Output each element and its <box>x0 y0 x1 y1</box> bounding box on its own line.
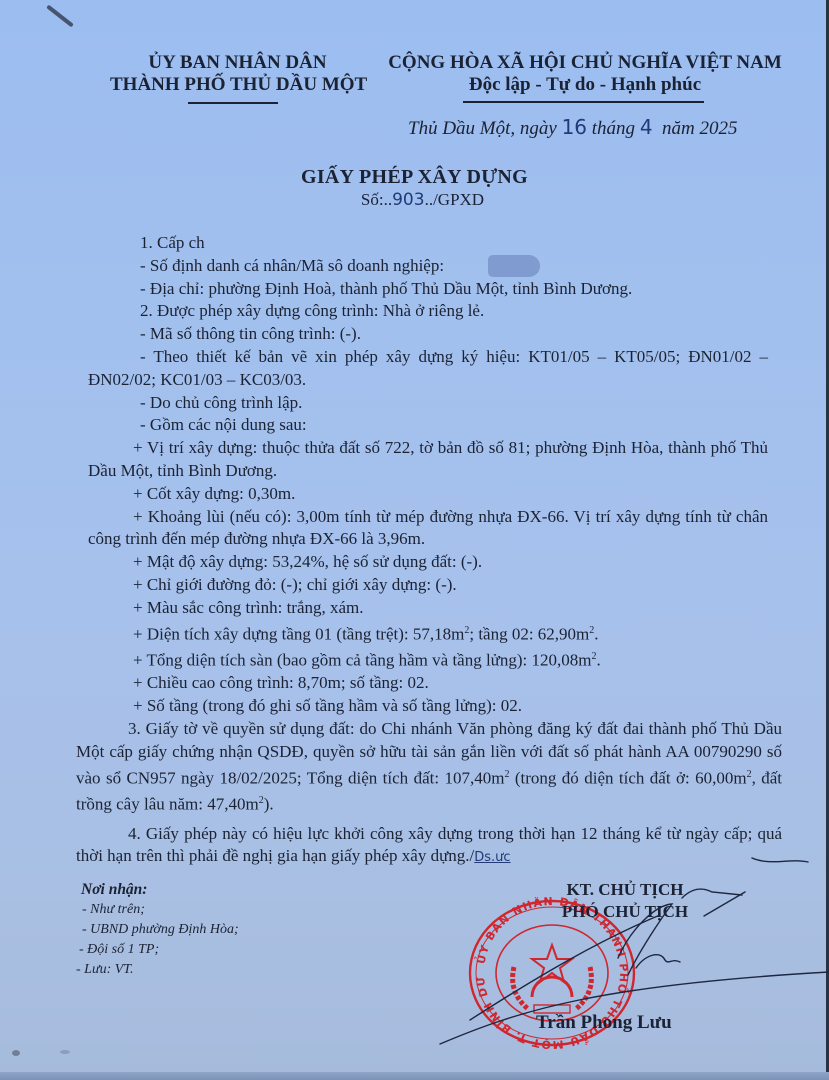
date-day: 16 <box>562 115 587 139</box>
recipients-heading: Nơi nhận: <box>81 880 239 900</box>
number-suffix: ../GPXD <box>425 190 485 209</box>
ink-smudge <box>46 5 74 28</box>
issuer-line-2: THÀNH PHỐ THỦ DẦU MỘT <box>110 74 365 96</box>
permit-number: 903 <box>392 190 424 210</box>
grantee-id: - Số định danh cá nhân/Mã sô doanh nghiệ… <box>88 255 768 278</box>
document-number: Số:..903../GPXD <box>0 190 829 210</box>
signature-block: KT. CHỦ TỊCH PHÓ CHỦ TỊCH <box>525 879 725 923</box>
section-4-validity: 4. Giấy phép này có hiệu lực khởi công x… <box>76 823 782 871</box>
handwritten-initials: Ds.ưc <box>474 850 510 865</box>
recipient-item: - Như trên; <box>82 900 239 920</box>
floor-count: + Số tầng (trong đó ghi số tầng hầm và s… <box>88 695 768 718</box>
document-title: GIẤY PHÉP XÂY DỰNG <box>0 166 829 189</box>
design-drawings: - Theo thiết kế bản vẽ xin phép xây dựng… <box>88 346 768 392</box>
recipient-item: - Đội số 1 TP; <box>79 940 239 960</box>
dateline: Thủ Dầu Một, ngày 16 tháng 4 năm 2025 <box>408 115 738 140</box>
signer-name: Trần Phong Lưu <box>536 1012 672 1034</box>
ground-level: + Cốt xây dựng: 0,30m. <box>88 483 768 506</box>
location: + Vị trí xây dựng: thuộc thửa đất số 722… <box>88 437 768 483</box>
paper-speck <box>60 1050 70 1054</box>
permit-body: 1. Cấp ch - Số định danh cá nhân/Mã sô d… <box>88 232 768 870</box>
section-3-land-documents: 3. Giấy tờ về quyền sử dụng đất: do Chi … <box>76 718 782 817</box>
paper-bottom-edge <box>0 1072 829 1080</box>
redacted-id <box>488 255 540 277</box>
contents-heading: - Gồm các nội dung sau: <box>88 414 768 437</box>
recipients-block: Nơi nhận: - Như trên; - UBND phường Định… <box>76 880 239 980</box>
boundary-lines: + Chỉ giới đường đỏ: (-); chỉ giới xây d… <box>88 574 768 597</box>
building-density: + Mật độ xây dựng: 53,24%, hệ số sử dụng… <box>88 551 768 574</box>
signer-title-1: KT. CHỦ TỊCH <box>525 879 725 901</box>
section-1-grantee: 1. Cấp ch <box>88 232 768 255</box>
nation-motto: Độc lập - Tự do - Hạnh phúc <box>385 74 785 96</box>
section-2-permitted-work: 2. Được phép xây dựng công trình: Nhà ở … <box>88 300 768 323</box>
issuer-underline <box>188 102 278 104</box>
dateline-prefix: Thủ Dầu Một, ngày <box>408 118 557 139</box>
paper-speck <box>12 1050 20 1056</box>
setback: + Khoảng lùi (nếu có): 3,00m tính từ mép… <box>88 506 768 552</box>
dateline-month-label: tháng <box>592 118 635 139</box>
grantee-address: - Địa chỉ: phường Định Hoà, thành phố Th… <box>88 278 768 301</box>
recipient-item: - UBND phường Định Hòa; <box>82 920 239 940</box>
issuer-line-1: ỦY BAN NHÂN DÂN <box>110 52 365 74</box>
nation-line-1: CỘNG HÒA XÃ HỘI CHỦ NGHĨA VIỆT NAM <box>385 52 785 74</box>
date-month: 4 <box>640 115 653 139</box>
dateline-year: năm 2025 <box>662 118 737 139</box>
project-code: - Mã số thông tin công trình: (-). <box>88 323 768 346</box>
building-colors: + Màu sắc công trình: trắng, xám. <box>88 597 768 620</box>
number-prefix: Số:.. <box>361 190 392 209</box>
total-floor-area: + Tổng diện tích sàn (bao gồm cả tầng hầ… <box>88 646 768 672</box>
prepared-by: - Do chủ công trình lập. <box>88 392 768 415</box>
building-height: + Chiều cao công trình: 8,70m; số tầng: … <box>88 672 768 695</box>
motto-underline <box>463 101 704 103</box>
floor-areas: + Diện tích xây dựng tầng 01 (tầng trệt)… <box>88 620 768 646</box>
recipient-item: - Lưu: VT. <box>76 960 239 980</box>
signer-title-2: PHÓ CHỦ TỊCH <box>525 901 725 923</box>
